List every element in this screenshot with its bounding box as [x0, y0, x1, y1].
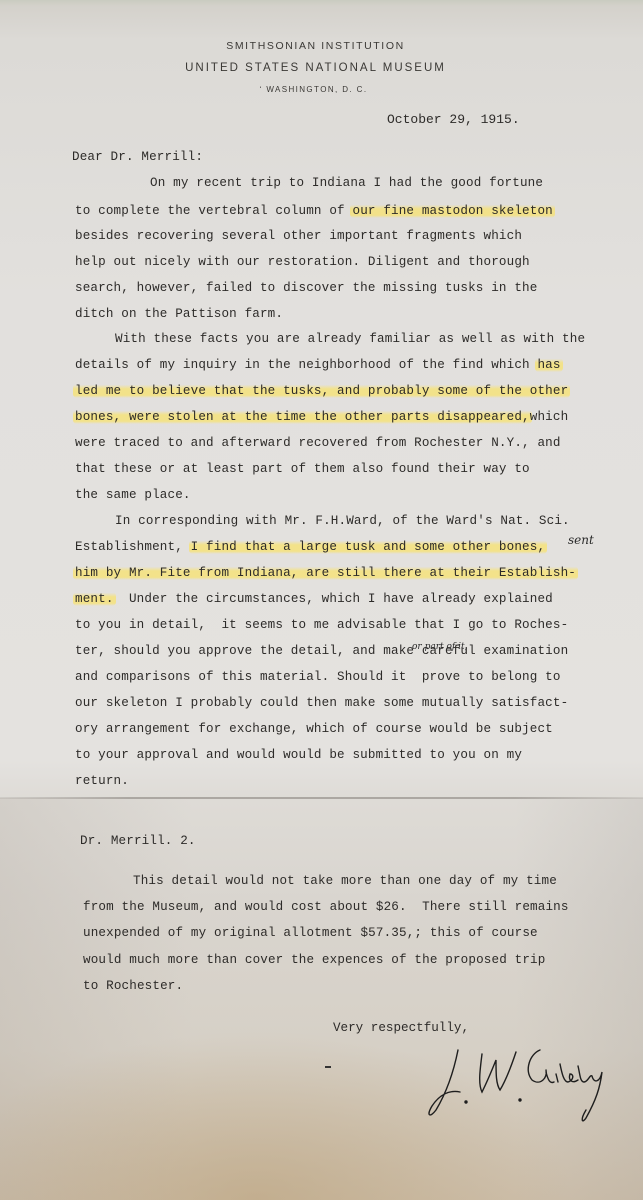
line-text: to complete the vertebral column of	[75, 204, 352, 218]
letter-date: October 29, 1915.	[387, 112, 520, 127]
body-line: details of my inquiry in the neighborhoo…	[75, 358, 561, 372]
body-line: to Rochester.	[83, 979, 183, 993]
body-line: bones, were stolen at the time the other…	[75, 410, 568, 424]
body-line: ter, should you approve the detail, and …	[75, 644, 568, 658]
paper-shadow	[0, 798, 643, 1200]
body-line: ory arrangement for exchange, which of c…	[75, 722, 553, 736]
body-line: and comparisons of this material. Should…	[75, 670, 561, 684]
closing: Very respectfully,	[333, 1021, 469, 1035]
line-text: which	[530, 410, 569, 424]
highlighted-text: I find that a large tusk and some other …	[189, 540, 548, 554]
body-line: This detail would not take more than one…	[133, 874, 557, 888]
body-line: from the Museum, and would cost about $2…	[83, 900, 569, 914]
body-line: the same place.	[75, 488, 191, 502]
body-line: On my recent trip to Indiana I had the g…	[150, 176, 543, 190]
page-2-header: Dr. Merrill. 2.	[80, 834, 196, 848]
stray-mark	[325, 1066, 331, 1068]
highlighted-text: our fine mastodon skeleton	[350, 204, 554, 218]
body-line: to complete the vertebral column of our …	[75, 204, 553, 218]
body-line: search, however, failed to discover the …	[75, 281, 537, 295]
highlighted-text: him by Mr. Fite from Indiana, are still …	[73, 566, 578, 580]
body-line: In corresponding with Mr. F.H.Ward, of t…	[115, 514, 570, 528]
body-line: ment. Under the circumstances, which I h…	[75, 592, 553, 606]
body-line: that these or at least part of them also…	[75, 462, 530, 476]
body-line: to you in detail, it seems to me advisab…	[75, 618, 568, 632]
body-line: Establishment, I find that a large tusk …	[75, 540, 545, 554]
letterhead-institution: SMITHSONIAN INSTITUTION	[0, 40, 637, 52]
page-seam	[0, 797, 643, 799]
body-line: besides recovering several other importa…	[75, 229, 522, 243]
highlighted-text: has	[535, 358, 562, 372]
body-line: would much more than cover the expences …	[83, 953, 545, 967]
body-line: return.	[75, 774, 129, 788]
body-line: led me to believe that the tusks, and pr…	[75, 384, 568, 398]
line-text: Under the circumstances, which I have al…	[114, 592, 553, 606]
body-line: were traced to and afterward recovered f…	[75, 436, 561, 450]
highlighted-text: bones, were stolen at the time the other…	[73, 410, 532, 424]
body-line: unexpended of my original allotment $57.…	[83, 926, 538, 940]
handwritten-insertion: or part of it,	[412, 642, 467, 652]
body-line: him by Mr. Fite from Indiana, are still …	[75, 566, 576, 580]
highlighted-text: led me to believe that the tusks, and pr…	[73, 384, 570, 398]
body-line: our skeleton I probably could then make …	[75, 696, 568, 710]
letterhead-museum: UNITED STATES NATIONAL MUSEUM	[0, 62, 637, 74]
body-line: help out nicely with our restoration. Di…	[75, 255, 530, 269]
salutation: Dear Dr. Merrill:	[72, 150, 203, 164]
line-text: Establishment,	[75, 540, 191, 554]
handwritten-sent: sent	[568, 533, 594, 547]
body-line: ditch on the Pattison farm.	[75, 307, 283, 321]
signature-j-w-gidley	[420, 1040, 620, 1130]
line-text: details of my inquiry in the neighborhoo…	[75, 358, 537, 372]
highlighted-text: ment.	[73, 592, 116, 606]
body-line: to your approval and would would be subm…	[75, 748, 522, 762]
letterhead-location: ʻ WASHINGTON, D. C.	[0, 85, 635, 94]
body-line: With these facts you are already familia…	[115, 332, 585, 346]
